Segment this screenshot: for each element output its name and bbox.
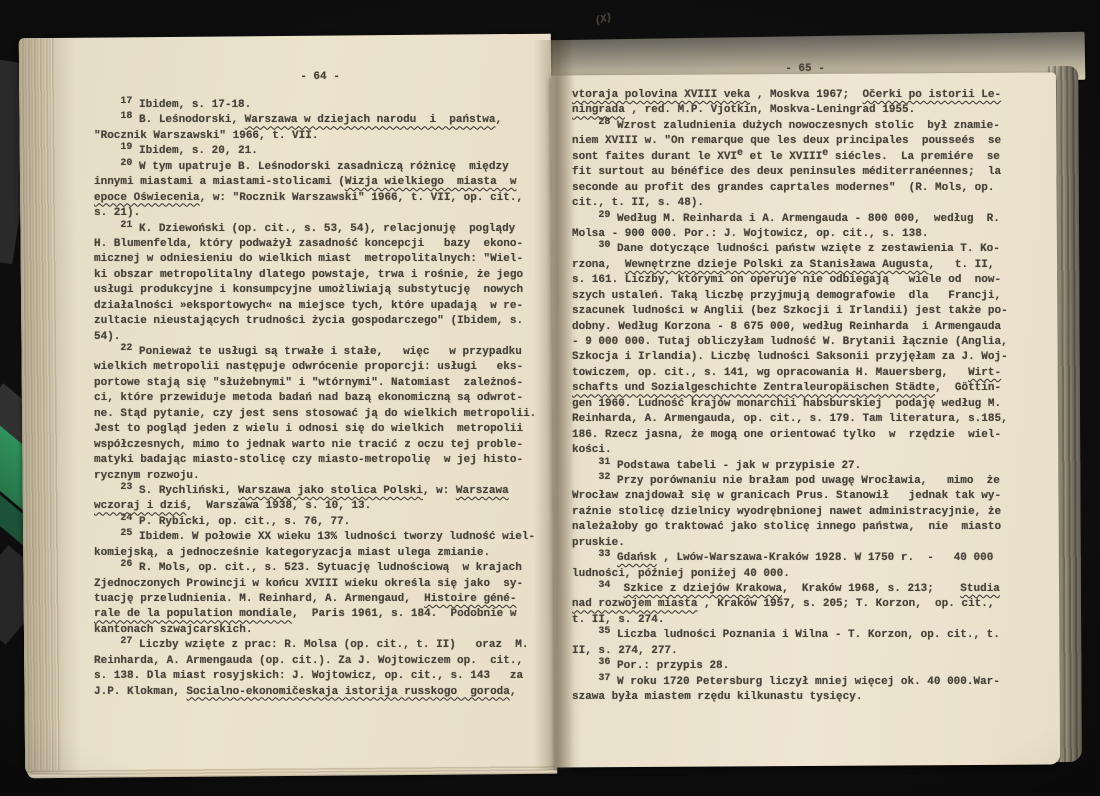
text-line: s. 161. Liczby, którymi on operuje nie o…	[572, 273, 1044, 288]
left-page-footnotes: 17 Ibidem, s. 17-18. 18 B. Leśnodorski, …	[94, 98, 550, 700]
text-line: usługi produkcyjne i konsumpcyjne umożli…	[94, 283, 550, 298]
text-line: ci, które przewiduje metoda badań nad ba…	[94, 391, 550, 406]
text-line: ludności, później poniżej 40 000.	[572, 567, 1044, 582]
text-line: II, s. 274, 277.	[572, 644, 1044, 659]
text-line: działalności »eksportowych« na miejsce t…	[94, 299, 550, 314]
text-line: "Rocznik Warszawski" 1966, t. VII.	[94, 129, 550, 144]
text-line: Szkocja i Irlandia). Liczbę ludności Sak…	[572, 350, 1044, 365]
text-line: 21 K. Dziewoński (op. cit., s. 53, 54), …	[94, 222, 550, 237]
text-line: 36 Por.: przypis 28.	[572, 659, 1044, 674]
text-line: portowe stają się "służebnymi" i "wtórny…	[94, 376, 550, 391]
text-line: micznej w odniesieniu do wielkich miast …	[94, 252, 550, 267]
text-line: zultacie nieustających trudności życia g…	[94, 314, 550, 329]
text-line: Molsa - 900 000. Por.: J. Wojtowicz, op.…	[572, 227, 1044, 242]
text-line: 20 W tym upatruje B. Leśnodorski zasadni…	[94, 160, 550, 175]
bottom-page-edge	[27, 766, 557, 779]
text-line: ne. Stąd pytanie, czy jest sens stosować…	[94, 407, 550, 422]
text-line: s. 21).	[94, 206, 550, 221]
text-line: 28 Wzrost zaludnienia dużych nowoczesnyc…	[572, 119, 1044, 134]
right-page-number: - 65 -	[572, 62, 1038, 77]
text-line: t. II, s. 274.	[572, 613, 1044, 628]
text-line: tuację przeludnienia. M. Reinhard, A. Ar…	[94, 592, 550, 607]
text-line: 26 R. Mols, op. cit., s. 523. Sytuację l…	[94, 561, 550, 576]
text-line: niem XVIII w. "On remarque que les deux …	[572, 134, 1044, 149]
scanned-book-spread: (X) - 64 - - 65 - 17 Ibidem, s. 17-18. 1…	[0, 0, 1100, 796]
text-line: rzona, Wewnętrzne dzieje Polski za Stani…	[572, 258, 1044, 273]
text-line: pruskie.	[572, 536, 1044, 551]
handwritten-mark: (X)	[593, 11, 613, 30]
text-line: s. 138. Dla miast rosyjskich: J. Wojtowi…	[94, 669, 550, 684]
text-line: 31 Podstawa tabeli - jak w przypisie 27.	[572, 459, 1044, 474]
text-line: 186. Rzecz jasna, że mogą one orientować…	[572, 428, 1044, 443]
text-line: rale de la population mondiale, Paris 19…	[94, 607, 550, 622]
text-line: ki obszar metropolitalny dlatego powstaj…	[94, 268, 550, 283]
text-line: 35 Liczba ludności Poznania i Wilna - T.…	[572, 628, 1044, 643]
text-line: 34 Szkice z dziejów Krakowa, Kraków 1968…	[572, 582, 1044, 597]
text-line: komiejską, a jednocześnie kategoryzacja …	[94, 546, 550, 561]
text-line: Jest to pogląd jeden z wielu i odnosi si…	[94, 422, 550, 437]
text-line: gen 1960. Ludność krajów monarchii habsb…	[572, 397, 1044, 412]
text-line: 24 P. Rybicki, op. cit., s. 76, 77.	[94, 515, 550, 530]
text-line: 22 Ponieważ te usługi są trwałe i stałe,…	[94, 345, 550, 360]
text-line: schafts und Sozialgeschichte Zentraleuro…	[572, 381, 1044, 396]
text-line: seconde au profit des grandes caprtales …	[572, 181, 1044, 196]
text-line: 29 Według M. Reinharda i A. Armengauda -…	[572, 212, 1044, 227]
text-line: szacunek ludności w Anglii (bez Szkocji …	[572, 304, 1044, 319]
text-line: ningrada , red. M.P. Vjotkin, Moskva-Len…	[572, 103, 1044, 118]
text-line: Zjednoczonych Prowincji w końcu XVIII wi…	[94, 577, 550, 592]
text-line: J.P. Klokman, Socialno-ekonomičeskaja is…	[94, 685, 550, 700]
text-line: współczesnych, mimo to jednak warto nie …	[94, 438, 550, 453]
text-line: sont faites durant le XVIe et le XVIIIe …	[572, 150, 1044, 165]
text-line: wielkich metropolii następuje odwrócenie…	[94, 360, 550, 375]
text-line: 27 Liczby wzięte z prac: R. Molsa (op. c…	[94, 638, 550, 653]
text-line: - 9 000 000. Tutaj obliczyłam ludność W.…	[572, 335, 1044, 350]
text-line: należałoby go traktować jako stolicę inn…	[572, 520, 1044, 535]
text-line: rycznym rozwoju.	[94, 469, 550, 484]
text-line: 32 Przy porównaniu nie brałam pod uwagę …	[572, 474, 1044, 489]
text-line: 30 Dane dotyczące ludności państw wzięte…	[572, 242, 1044, 257]
left-page-number: - 64 -	[94, 70, 546, 85]
text-line: towiczem, op. cit., s. 141, wg opracowan…	[572, 366, 1044, 381]
text-line: cit., t. II, s. 48).	[572, 196, 1044, 211]
text-line: szawa była miastem rzędu kilkunastu tysi…	[572, 690, 1044, 705]
text-line: H. Blumenfelda, który podważył zasadność…	[94, 237, 550, 252]
text-line: 19 Ibidem, s. 20, 21.	[94, 144, 550, 159]
text-line: Reinharda, A. Armengauda, op. cit., s. 1…	[572, 412, 1044, 427]
text-line: nad rozwojem miasta , Kraków 1957, s. 20…	[572, 597, 1044, 612]
text-line: szych ustaleń. Taką liczbę przyjmują dem…	[572, 289, 1044, 304]
text-line: 54).	[94, 330, 550, 345]
text-line: fit surtout au bénéfice des deux peninsu…	[572, 165, 1044, 180]
text-line: wczoraj i dziś, Warszawa 1938, s. 10, 13…	[94, 499, 550, 514]
text-line: 17 Ibidem, s. 17-18.	[94, 98, 550, 113]
text-line: vtoraja polovina XVIII veka , Moskva 196…	[572, 88, 1044, 103]
text-line: raźnie stolicę dzielnicy wyodrębnionej n…	[572, 505, 1044, 520]
text-line: 18 B. Leśnodorski, Warszawa w dziejach n…	[94, 113, 550, 128]
text-line: dobny. Według Korzona - 8 675 000, wedłu…	[572, 320, 1044, 335]
text-line: 33 Gdańsk , Lwów-Warszawa-Kraków 1928. W…	[572, 551, 1044, 566]
right-page-footnotes: vtoraja polovina XVIII veka , Moskva 196…	[572, 88, 1044, 706]
text-line: kości.	[572, 443, 1044, 458]
text-line: kantonach szwajcarskich.	[94, 623, 550, 638]
text-line: innymi miastami a miastami-stolicami (Wi…	[94, 175, 550, 190]
text-line: Reinharda, A. Armengauda (op. cit.). Za …	[94, 654, 550, 669]
text-line: Wrocław znajdował się w granicach Prus. …	[572, 489, 1044, 504]
text-line: matyki badając miasto-stolicę czy miasto…	[94, 453, 550, 468]
text-line: 37 W roku 1720 Petersburg liczył mniej w…	[572, 675, 1044, 690]
text-line: epoce Oświecenia, w: "Rocznik Warszawski…	[94, 191, 550, 206]
text-line: 25 Ibidem. W połowie XX wieku 13% ludnoś…	[94, 530, 550, 545]
text-line: 23 S. Rychliński, Warszawa jako stolica …	[94, 484, 550, 499]
